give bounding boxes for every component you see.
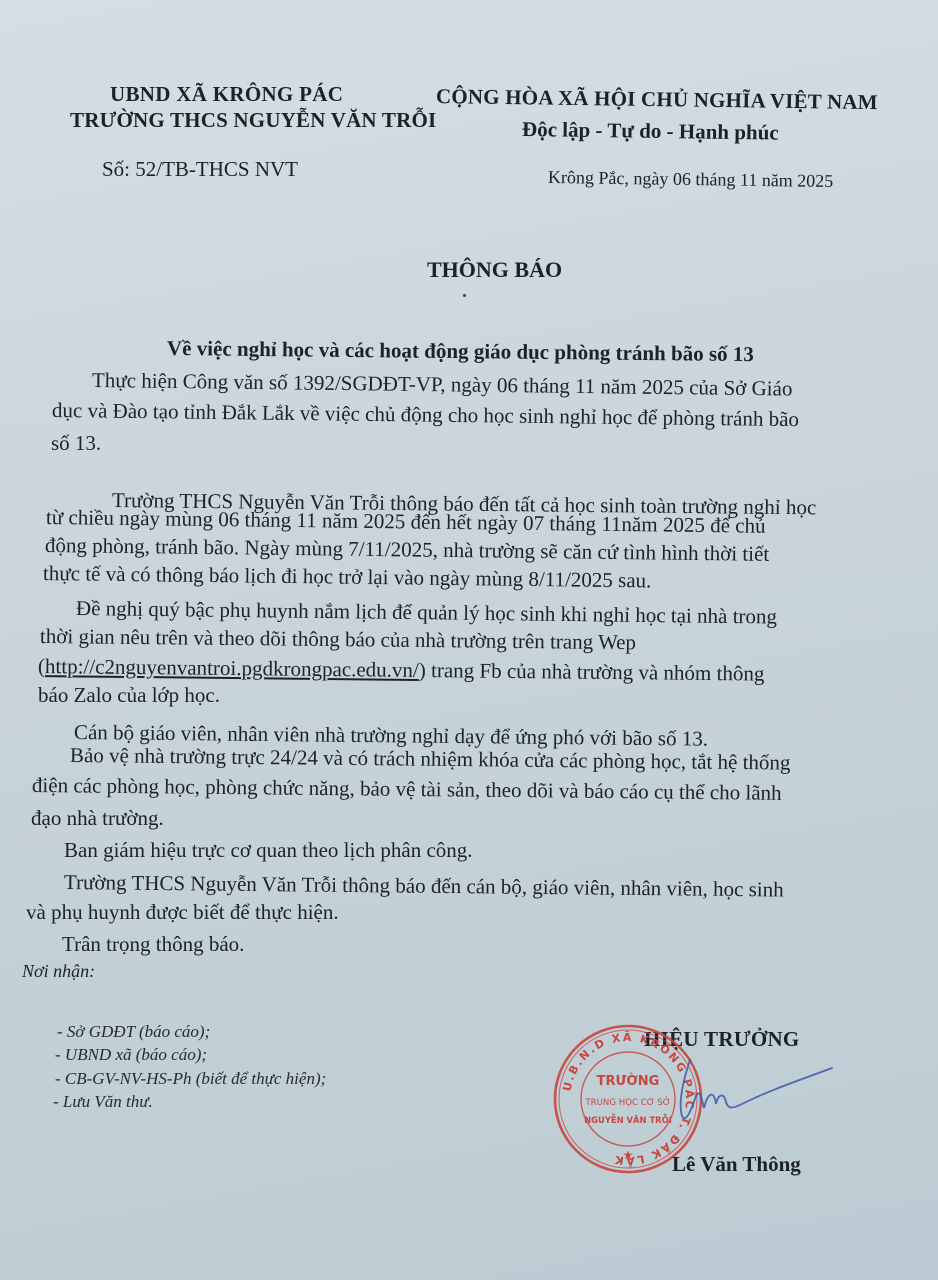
document-subtitle: Về việc nghỉ học và các hoạt động giáo d… (167, 336, 754, 367)
body-line: Trân trọng thông báo. (62, 932, 244, 957)
recipient-item: - Sở GDĐT (báo cáo); (57, 1022, 210, 1042)
body-line: điện các phòng học, phòng chức năng, bảo… (32, 773, 782, 806)
body-line: đạo nhà trường. (31, 806, 164, 831)
body-line: và phụ huynh được biết để thực hiện. (26, 900, 339, 925)
national-title: CỘNG HÒA XÃ HỘI CHỦ NGHĨA VIỆT NAM (436, 84, 878, 115)
issuing-authority: UBND XÃ KRÔNG PÁC (110, 82, 343, 107)
body-line: dục và Đào tạo tỉnh Đắk Lắk về việc chủ … (52, 398, 799, 432)
title-divider-dot (463, 294, 466, 297)
body-line: Trường THCS Nguyễn Văn Trỗi thông báo đế… (64, 870, 784, 903)
body-line: thực tế và có thông báo lịch đi học trở … (43, 561, 652, 593)
svg-text:TRƯỜNG: TRƯỜNG (597, 1073, 660, 1089)
svg-text:★: ★ (623, 1148, 634, 1162)
body-line: thời gian nêu trên và theo dõi thông báo… (40, 624, 636, 655)
svg-text:NGUYỄN VĂN TRỖI: NGUYỄN VĂN TRỖI (584, 1113, 672, 1125)
document-title: THÔNG BÁO (427, 257, 562, 283)
school-website-link[interactable]: http://c2nguyenvantroi.pgdkrongpac.edu.v… (45, 654, 419, 682)
body-line: Thực hiện Công văn số 1392/SGDĐT-VP, ngà… (92, 368, 793, 402)
school-name: TRƯỜNG THCS NGUYỄN VĂN TRỖI (70, 108, 436, 133)
body-line: số 13. (51, 431, 101, 456)
body-line-with-url: (http://c2nguyenvantroi.pgdkrongpac.edu.… (38, 654, 765, 687)
document-number: Số: 52/TB-THCS NVT (102, 157, 298, 182)
recipient-item: - UBND xã (báo cáo); (55, 1045, 207, 1065)
national-motto: Độc lập - Tự do - Hạnh phúc (522, 117, 779, 146)
recipient-item: - Lưu Văn thư. (53, 1092, 153, 1112)
handwritten-signature-icon (670, 1050, 840, 1130)
body-line: Ban giám hiệu trực cơ quan theo lịch phâ… (64, 838, 473, 863)
body-line: báo Zalo của lớp học. (38, 683, 220, 708)
recipients-label: Nơi nhận: (22, 961, 95, 982)
svg-text:TRUNG HỌC CƠ SỞ: TRUNG HỌC CƠ SỞ (584, 1096, 670, 1108)
recipient-item: - CB-GV-NV-HS-Ph (biết để thực hiện); (55, 1069, 326, 1089)
notice-document: UBND XÃ KRÔNG PÁC TRƯỜNG THCS NGUYỄN VĂN… (0, 0, 938, 1280)
signer-name: Lê Văn Thông (672, 1152, 801, 1177)
place-and-date: Krông Pắc, ngày 06 tháng 11 năm 2025 (548, 167, 834, 192)
url-line-rest: ) trang Fb của nhà trường và nhóm thông (419, 658, 765, 686)
